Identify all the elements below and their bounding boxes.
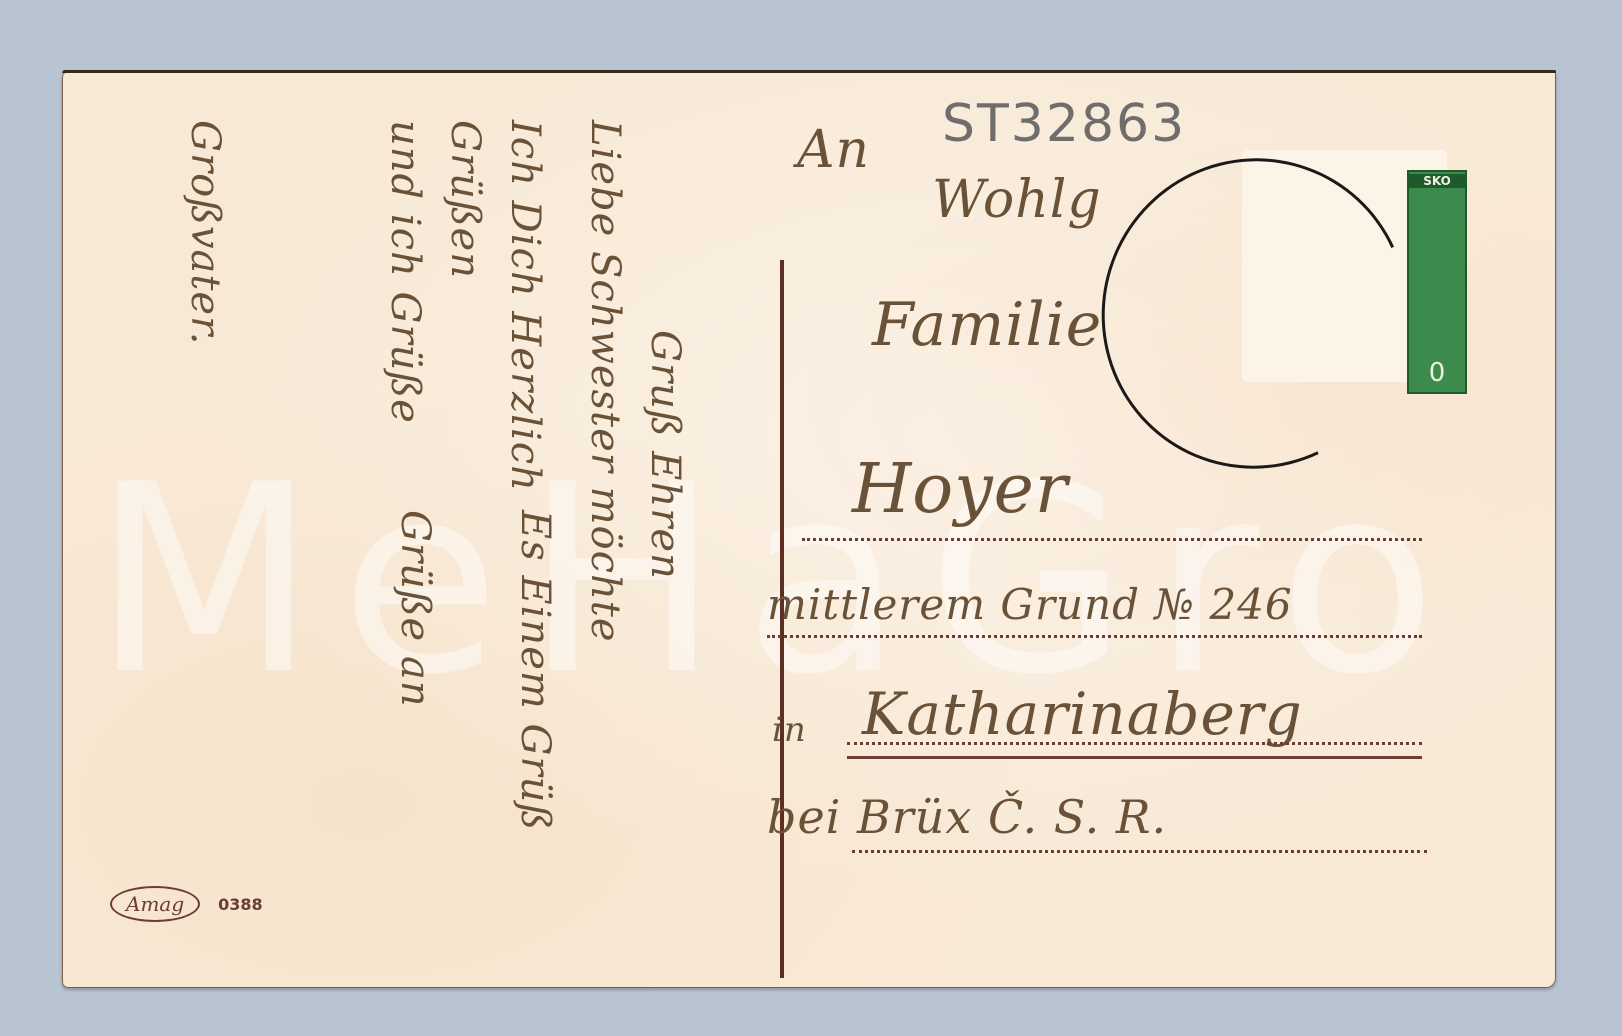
address-line-1: Wohlg (932, 170, 1102, 230)
message-line: Gruß Ehren (642, 330, 688, 580)
address-line-4: mittlerem Grund № 246 (767, 580, 1293, 629)
publisher-mark: Amag 0388 (110, 886, 263, 922)
message-line: Es Einem Grüß (512, 510, 558, 831)
inventory-code: ST32863 (942, 94, 1186, 154)
postcard: MeHaGro ST32863 Großvater. und ich Grüße… (62, 70, 1556, 988)
stamp-country-text: SKO (1409, 174, 1465, 188)
address-dotted-line (847, 742, 1422, 745)
message-line: Ich Dich Herzlich (502, 120, 548, 492)
address-dotted-line (767, 635, 1422, 638)
message-line: Großvater. (182, 120, 228, 346)
address-line-5: Katharinaberg (862, 680, 1303, 748)
address-dotted-line (852, 850, 1427, 853)
address-dotted-line (802, 538, 1422, 541)
message-line: und ich Grüße (382, 120, 428, 424)
message-line: Grüße an (392, 510, 438, 708)
stamp-value: 0 (1409, 358, 1465, 388)
address-line-6: bei Brüx Č. S. R. (767, 790, 1167, 844)
address-underline (847, 756, 1422, 759)
publisher-logo: Amag (110, 886, 200, 922)
address-line-3: Hoyer (852, 450, 1068, 529)
address-salutation: An (797, 120, 870, 180)
publisher-number: 0388 (218, 895, 263, 914)
message-line: Grüßen (442, 120, 488, 279)
address-line-5-prefix: in (772, 710, 807, 750)
postage-stamp: SKO 0 (1407, 170, 1467, 394)
message-line: Liebe Schwester möchte (582, 120, 628, 643)
address-line-2: Familie (872, 290, 1102, 360)
